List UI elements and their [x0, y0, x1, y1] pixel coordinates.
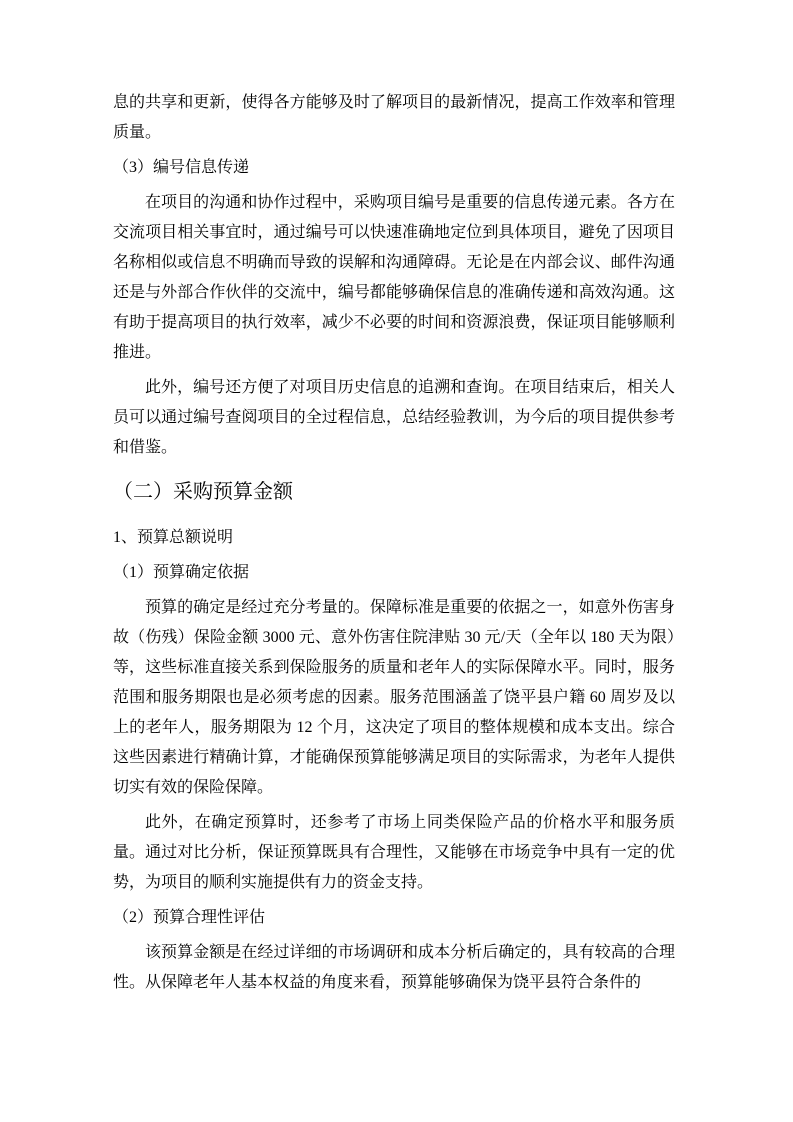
paragraph: 预算的确定是经过充分考量的。保障标准是重要的依据之一，如意外伤害身故（伤残）保险…	[113, 593, 675, 803]
paragraph: 该预算金额是在经过详细的市场调研和成本分析后确定的，具有较高的合理性。从保障老年…	[113, 938, 675, 998]
subheading-budget-rationality-evaluation: （2）预算合理性评估	[113, 903, 675, 933]
subheading-budget-total-explanation: 1、预算总额说明	[113, 523, 675, 553]
subheading-budget-determination-basis: （1）预算确定依据	[113, 558, 675, 588]
document-content: 息的共享和更新，使得各方能够及时了解项目的最新情况，提高工作效率和管理质量。 （…	[113, 88, 675, 998]
section-heading-procurement-budget: （二）采购预算金额	[113, 475, 675, 509]
document-page: 息的共享和更新，使得各方能够及时了解项目的最新情况，提高工作效率和管理质量。 （…	[0, 0, 793, 1122]
subheading-numbering-info-transfer: （3）编号信息传递	[113, 153, 675, 183]
paragraph: 此外，编号还方便了对项目历史信息的追溯和查询。在项目结束后，相关人员可以通过编号…	[113, 373, 675, 463]
paragraph-continuation: 息的共享和更新，使得各方能够及时了解项目的最新情况，提高工作效率和管理质量。	[113, 88, 675, 148]
paragraph: 此外，在确定预算时，还参考了市场上同类保险产品的价格水平和服务质量。通过对比分析…	[113, 808, 675, 898]
paragraph: 在项目的沟通和协作过程中，采购项目编号是重要的信息传递元素。各方在交流项目相关事…	[113, 188, 675, 368]
